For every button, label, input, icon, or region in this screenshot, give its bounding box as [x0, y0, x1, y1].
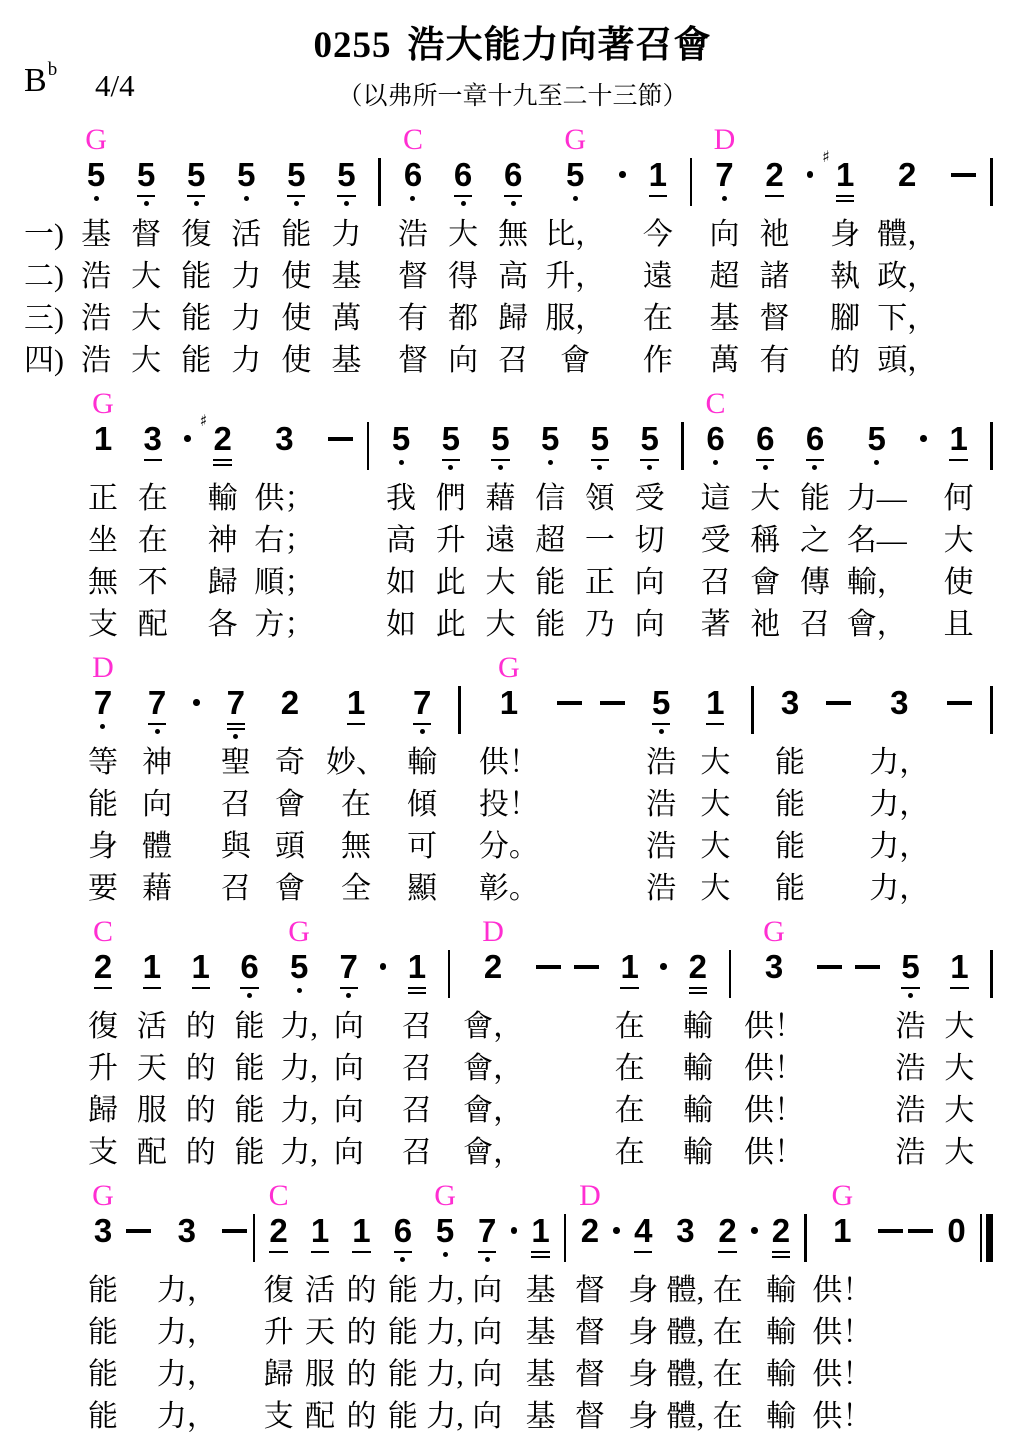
dash-extension	[574, 965, 599, 969]
lyric-cell: 的	[346, 1396, 376, 1438]
note-slot	[690, 158, 693, 214]
lyric-cell: 妙、	[326, 742, 386, 784]
score-column: 2祂諸督有	[757, 124, 793, 382]
score-column	[126, 1180, 151, 1270]
score-column: 1今遠在作	[640, 124, 676, 382]
score-column: C6這受召著	[698, 388, 734, 646]
note-slot: 2	[772, 1214, 790, 1270]
score-column	[751, 1180, 758, 1270]
lyric-cell: 力	[231, 256, 261, 298]
score-column: 5信超能能	[532, 388, 568, 646]
barline	[458, 686, 461, 734]
lyric-cell: 有	[398, 298, 428, 340]
note: 7	[478, 1214, 496, 1262]
note: 5	[87, 158, 105, 201]
lyric-cell: 天	[305, 1312, 335, 1354]
note-digit: 3	[275, 422, 293, 456]
note-slot: 1	[347, 686, 365, 742]
note-digit: 3	[890, 686, 908, 720]
chord-label: C	[706, 388, 726, 422]
dash-extension	[126, 1229, 151, 1233]
lyric-cell: 有	[760, 340, 790, 382]
score-column: 5浩浩浩浩	[643, 652, 679, 910]
note: 1	[950, 950, 968, 989]
note: 5	[868, 422, 886, 465]
beam-line	[718, 1251, 736, 1254]
lyric-cell: 活	[137, 1006, 167, 1048]
score-column	[253, 1180, 256, 1270]
note-digit: 5	[541, 422, 559, 456]
lyric-cell: 能	[88, 1270, 118, 1312]
lyric-cell: 基	[526, 1396, 556, 1438]
lyric-cell: 身	[88, 826, 118, 868]
score-column: 1召召召召	[399, 916, 435, 1174]
dash-extension	[222, 1229, 247, 1233]
lyric-cell: 傳	[800, 562, 830, 604]
note-slot: 1	[620, 950, 638, 1006]
lyric-cell: 供！	[744, 1090, 804, 1132]
low-octave-dot	[659, 729, 664, 734]
chord-label: G	[85, 124, 107, 158]
note: 1	[500, 686, 518, 720]
lyric-cell: 大	[485, 604, 515, 646]
lyric-cell: 藉	[142, 868, 172, 910]
note-slot: 2	[269, 1214, 287, 1270]
note-slot	[729, 950, 732, 1006]
note-slot: 5	[392, 422, 410, 478]
score-column	[378, 124, 381, 214]
note-slot	[448, 950, 451, 1006]
lyric-cell: 腳	[830, 298, 860, 340]
low-octave-dot	[511, 201, 516, 206]
barline	[564, 1214, 567, 1262]
note-slot	[681, 422, 684, 478]
note-digit: 1	[833, 1214, 851, 1248]
low-octave-dot	[573, 196, 578, 201]
lyric-cell: 無	[341, 826, 371, 868]
note-slot	[855, 950, 880, 1006]
lyric-cell: 力，	[869, 868, 929, 910]
lyric-cell: 浩	[81, 298, 111, 340]
lyric-cell: 浩	[646, 784, 676, 826]
lyric-cell: 著	[701, 604, 731, 646]
note-digit: 2	[765, 158, 783, 192]
score-column	[574, 916, 599, 1006]
lyric-cell: 大	[131, 340, 161, 382]
lyric-cell: 供！	[479, 742, 539, 784]
lyric-cell: 輸	[407, 742, 437, 784]
lyric-cell: 能	[235, 1132, 265, 1174]
lyric-cell: 力,	[426, 1396, 464, 1438]
dash-extension	[600, 701, 625, 705]
note-digit: 5	[337, 158, 355, 192]
note-digit: 7	[715, 158, 733, 192]
lyric-cell: 督	[131, 214, 161, 256]
augmentation-dot	[511, 1227, 518, 1234]
lyric-cell: 與	[221, 826, 251, 868]
lyric-cell: 的	[186, 1090, 216, 1132]
note-slot: 1	[706, 686, 724, 742]
note-digit: 6	[394, 1214, 412, 1248]
lyric-cell: 的	[346, 1270, 376, 1312]
note: 3	[94, 1214, 112, 1248]
note-slot	[660, 950, 667, 1006]
hymn-sheet: 0255浩大能力向著召會 Bb 4/4 （以弗所一章十九至二十三節） 一)二)三…	[0, 0, 1025, 1452]
note-digit: 5	[591, 422, 609, 456]
note-digit: 7	[148, 686, 166, 720]
score-column: C2復升歸支	[85, 916, 121, 1174]
lyric-cell: 復	[88, 1006, 118, 1048]
lyric-cell: 輸	[766, 1312, 796, 1354]
score-column	[328, 388, 353, 478]
lyric-cell: 督	[575, 1354, 605, 1396]
score-column: ♯2輸神歸各	[205, 388, 241, 646]
note: 6	[756, 422, 774, 470]
note-slot: 5	[287, 158, 305, 214]
note: 2	[689, 950, 707, 994]
lyric-cell: 體,	[667, 1270, 705, 1312]
low-octave-dot	[100, 724, 105, 729]
note: 6	[240, 950, 258, 998]
dash-extension	[878, 1229, 903, 1233]
lyric-cell: 體，	[877, 214, 937, 256]
lyric-cell: 升	[88, 1048, 118, 1090]
note-digit: 7	[340, 950, 358, 984]
beam-line	[649, 195, 667, 198]
note-digit: 2	[772, 1214, 790, 1248]
score-column: 1基基基基	[523, 1180, 559, 1438]
lyric-cell: 服	[137, 1090, 167, 1132]
low-octave-dot	[461, 201, 466, 206]
augmentation-dot	[920, 435, 927, 442]
note: 5	[442, 422, 460, 470]
low-octave-dot	[294, 201, 299, 206]
lyric-cell: 供！	[812, 1312, 872, 1354]
score-column: 7聖召與召	[218, 652, 254, 910]
lyric-cell: 頭	[275, 826, 305, 868]
lyric-cell: 彰。	[479, 868, 539, 910]
note-slot	[619, 158, 626, 214]
chord-label: G	[434, 1180, 456, 1214]
score-column: 7向向向向	[331, 916, 367, 1174]
note-slot: 5	[87, 158, 105, 214]
lyric-cell: 浩	[896, 1006, 926, 1048]
lyric-cell: 督	[575, 1270, 605, 1312]
lyric-cell: 能	[181, 340, 211, 382]
note-slot: 3	[890, 686, 908, 742]
note-slot: 2	[898, 158, 916, 214]
note-slot: ♯1	[836, 158, 854, 214]
beam-line	[950, 987, 968, 990]
beam-line	[213, 459, 231, 462]
lyric-cell: 信	[535, 478, 565, 520]
note-slot: 1	[143, 950, 161, 1006]
lyric-cell: 的	[186, 1048, 216, 1090]
lyric-cell: 基	[331, 256, 361, 298]
lyric-cell: 使	[944, 562, 974, 604]
lyric-cell: 能	[88, 1312, 118, 1354]
lyric-cell: 在	[138, 478, 168, 520]
lyric-cell: 體,	[667, 1396, 705, 1438]
low-octave-dot	[908, 993, 913, 998]
note-digit: 2	[898, 158, 916, 192]
lyric-cell: 在	[713, 1312, 743, 1354]
note-slot: 1	[352, 1214, 370, 1270]
note-slot: 6	[706, 422, 724, 478]
note-digit: 7	[478, 1214, 496, 1248]
music-systems: 一)二)三)四)G5基浩浩浩5督大大大5復能能能5活力力力5能使使使5力基萬基C…	[0, 124, 1025, 1444]
note: 5	[237, 158, 255, 201]
beam-line	[347, 723, 365, 726]
lyric-cell: 召	[221, 868, 251, 910]
note-digit: 7	[227, 686, 245, 720]
note-slot: 1	[311, 1214, 329, 1270]
score-column	[448, 916, 451, 1006]
lyric-cell: 身	[628, 1396, 658, 1438]
score-column: 6大得都向	[445, 124, 481, 382]
score-column: 1的的的的	[343, 1180, 379, 1438]
note-digit: 1	[192, 950, 210, 984]
note-digit: 1	[143, 950, 161, 984]
lyric-cell: 向	[448, 340, 478, 382]
note-slot: 7	[413, 686, 431, 742]
lyric-cell: 此	[436, 562, 466, 604]
chord-label: G	[288, 916, 310, 950]
note: 1	[192, 950, 210, 989]
lyric-cell: 歸	[208, 562, 238, 604]
note-digit: 5	[491, 422, 509, 456]
lyric-cell: 大	[700, 826, 730, 868]
barline	[990, 950, 993, 998]
lyric-cell: 能	[235, 1048, 265, 1090]
note: 5	[287, 158, 305, 206]
chord-label: C	[93, 916, 113, 950]
lyric-cell: 供！	[744, 1132, 804, 1174]
note: 7	[94, 686, 112, 729]
chord-label: C	[269, 1180, 289, 1214]
note-slot: 7	[340, 950, 358, 1006]
lyric-cell: 大	[944, 520, 974, 562]
score-column	[511, 1180, 518, 1270]
lyric-cell: 服	[305, 1354, 335, 1396]
lyric-cell: 能	[775, 868, 805, 910]
note: 2	[898, 158, 916, 192]
score-column	[751, 652, 754, 742]
beam-line	[478, 1251, 496, 1254]
score-column: 5領一正乃	[582, 388, 618, 646]
score-column: 2體，政，下，頭，	[877, 124, 937, 382]
note-digit: 1	[949, 422, 967, 456]
note: 2	[269, 1214, 287, 1253]
score-column: G5力,力,力,力,	[280, 916, 318, 1174]
note-slot: 5	[290, 950, 308, 1006]
lyric-cell: 浩	[646, 868, 676, 910]
lyric-cell: 受	[701, 520, 731, 562]
lyric-cell: 浩	[646, 826, 676, 868]
lyric-cell: 復	[181, 214, 211, 256]
lyric-cell: 供！	[812, 1354, 872, 1396]
low-octave-dot	[874, 460, 879, 465]
lyric-cell: 配	[305, 1396, 335, 1438]
note: 5	[652, 686, 670, 734]
note-slot: 5	[187, 158, 205, 214]
lyric-cell: 輸	[683, 1090, 713, 1132]
lyric-cell: 會	[275, 784, 305, 826]
note: 1	[352, 1214, 370, 1253]
score-column: 7輸傾可顯	[404, 652, 440, 910]
lyric-cell: 大	[944, 1132, 974, 1174]
note-slot: 2	[765, 158, 783, 214]
note-slot: 6	[394, 1214, 412, 1270]
beam-line	[137, 195, 155, 198]
note-slot	[908, 1214, 933, 1270]
beam-line	[311, 1251, 329, 1254]
note-slot: 1	[949, 422, 967, 478]
note: 5	[187, 158, 205, 206]
final-barline	[980, 1214, 993, 1262]
lyric-cell: 在	[713, 1396, 743, 1438]
low-octave-dot	[597, 465, 602, 470]
note-digit: 2	[213, 422, 231, 456]
lyric-cell: 的	[186, 1132, 216, 1174]
note: 2	[281, 686, 299, 720]
beam-line	[620, 987, 638, 990]
score-column: 1在在在在	[612, 916, 648, 1174]
note: 6	[806, 422, 824, 470]
beam-line	[187, 195, 205, 198]
note-slot: 5	[591, 422, 609, 478]
score-column: 3力，力，力，力，	[157, 1180, 217, 1438]
lyric-cell: 能	[235, 1090, 265, 1132]
lyric-cell: 萬	[709, 340, 739, 382]
lyric-cell: 無	[88, 562, 118, 604]
low-octave-dot	[763, 465, 768, 470]
score-column: 2在在在在	[710, 1180, 746, 1438]
note: 6	[404, 158, 422, 201]
barline	[448, 950, 451, 998]
lyric-cell: 能	[775, 826, 805, 868]
lyric-cell: 召	[402, 1132, 432, 1174]
note-slot: 1	[950, 950, 968, 1006]
barline	[367, 422, 370, 470]
score-column	[947, 652, 972, 742]
lyric-cell: 在	[713, 1354, 743, 1396]
lyric-cell: 活	[231, 214, 261, 256]
lyric-cell: 基	[709, 298, 739, 340]
lyric-cell: 天	[137, 1048, 167, 1090]
score-column: 0	[939, 1180, 975, 1270]
score-column: D7向超基萬	[706, 124, 742, 382]
note-digit: 7	[94, 686, 112, 720]
dash-extension	[947, 701, 972, 705]
lyric-cell: 輸，	[847, 562, 907, 604]
lyric-cell: 基	[526, 1270, 556, 1312]
lyric-cell: 會	[750, 562, 780, 604]
lyric-cell: 不	[138, 562, 168, 604]
chord-label: G	[92, 1180, 114, 1214]
beam-line	[901, 987, 919, 990]
lyric-cell: 基	[526, 1312, 556, 1354]
lyric-cell: 體,	[667, 1312, 705, 1354]
note-slot: 7	[715, 158, 733, 214]
lyric-cell: 使	[281, 256, 311, 298]
lyric-cell: 我	[386, 478, 416, 520]
lyric-cell: 身	[628, 1354, 658, 1396]
lyric-cell: 召	[221, 784, 251, 826]
note: 5	[337, 158, 355, 206]
lyric-cell: 諸	[760, 256, 790, 298]
note: 7	[148, 686, 166, 734]
note-digit: 6	[504, 158, 522, 192]
lyric-cell: 能	[88, 784, 118, 826]
lyric-cell: 能	[775, 784, 805, 826]
note-slot: 1	[500, 686, 518, 742]
note-digit: 1	[950, 950, 968, 984]
note-digit: 2	[484, 950, 502, 984]
note-slot: 1	[649, 158, 667, 214]
score-column: 6大稱會祂	[747, 388, 783, 646]
lyric-cell: 在	[713, 1270, 743, 1312]
beam-line	[192, 987, 210, 990]
lyric-cell: 輸	[683, 1006, 713, 1048]
score-column: 3供；右；順；方；	[254, 388, 314, 646]
note: 6	[706, 422, 724, 465]
note: 1	[408, 950, 426, 994]
lyric-cell: 祂	[760, 214, 790, 256]
score-column: 1妙、在無全	[326, 652, 386, 910]
lyric-cell: 浩	[398, 214, 428, 256]
music-system: D7等能身要7神向體藉7聖召與召2奇會頭會1妙、在無全7輸傾可顯G1供！投！分。…	[85, 652, 993, 910]
score-column: 5能使使使	[278, 124, 314, 382]
beam-line	[408, 987, 426, 990]
lyric-cell: 浩	[896, 1132, 926, 1174]
note-digit: 5	[442, 422, 460, 456]
beam-line	[531, 1256, 549, 1259]
score-column: 6能能能能	[385, 1180, 421, 1438]
lyric-cell: 萬	[331, 298, 361, 340]
barline	[751, 686, 754, 734]
beam-line	[340, 987, 358, 990]
dash-extension	[908, 1229, 933, 1233]
lyric-cell: 遠	[485, 520, 515, 562]
score-column: 7神向體藉	[139, 652, 175, 910]
lyric-cell: 力,	[280, 1048, 318, 1090]
beam-line	[491, 459, 509, 462]
lyric-cell: 投！	[479, 784, 539, 826]
lyric-cell: 這	[701, 478, 731, 520]
lyric-cell: 的	[830, 340, 860, 382]
note: 3	[890, 686, 908, 720]
lyric-cell: 向	[472, 1312, 502, 1354]
lyric-cell: 升	[264, 1312, 294, 1354]
beam-line	[408, 992, 426, 995]
score-column: D2會，會，會，會，	[463, 916, 523, 1174]
dash-extension	[817, 965, 842, 969]
lyric-cell: 力	[331, 214, 361, 256]
score-column	[660, 916, 667, 1006]
note: 7	[340, 950, 358, 998]
lyric-cell: 召	[402, 1090, 432, 1132]
score-column	[367, 388, 370, 478]
note-digit: 1	[620, 950, 638, 984]
lyric-cell: 大	[485, 562, 515, 604]
beam-line	[706, 723, 724, 726]
lyric-cell: 基	[526, 1354, 556, 1396]
lyric-cell: 正	[585, 562, 615, 604]
note-slot: 3	[275, 422, 293, 478]
lyric-cell: 頭，	[877, 340, 937, 382]
note: 3	[765, 950, 783, 984]
